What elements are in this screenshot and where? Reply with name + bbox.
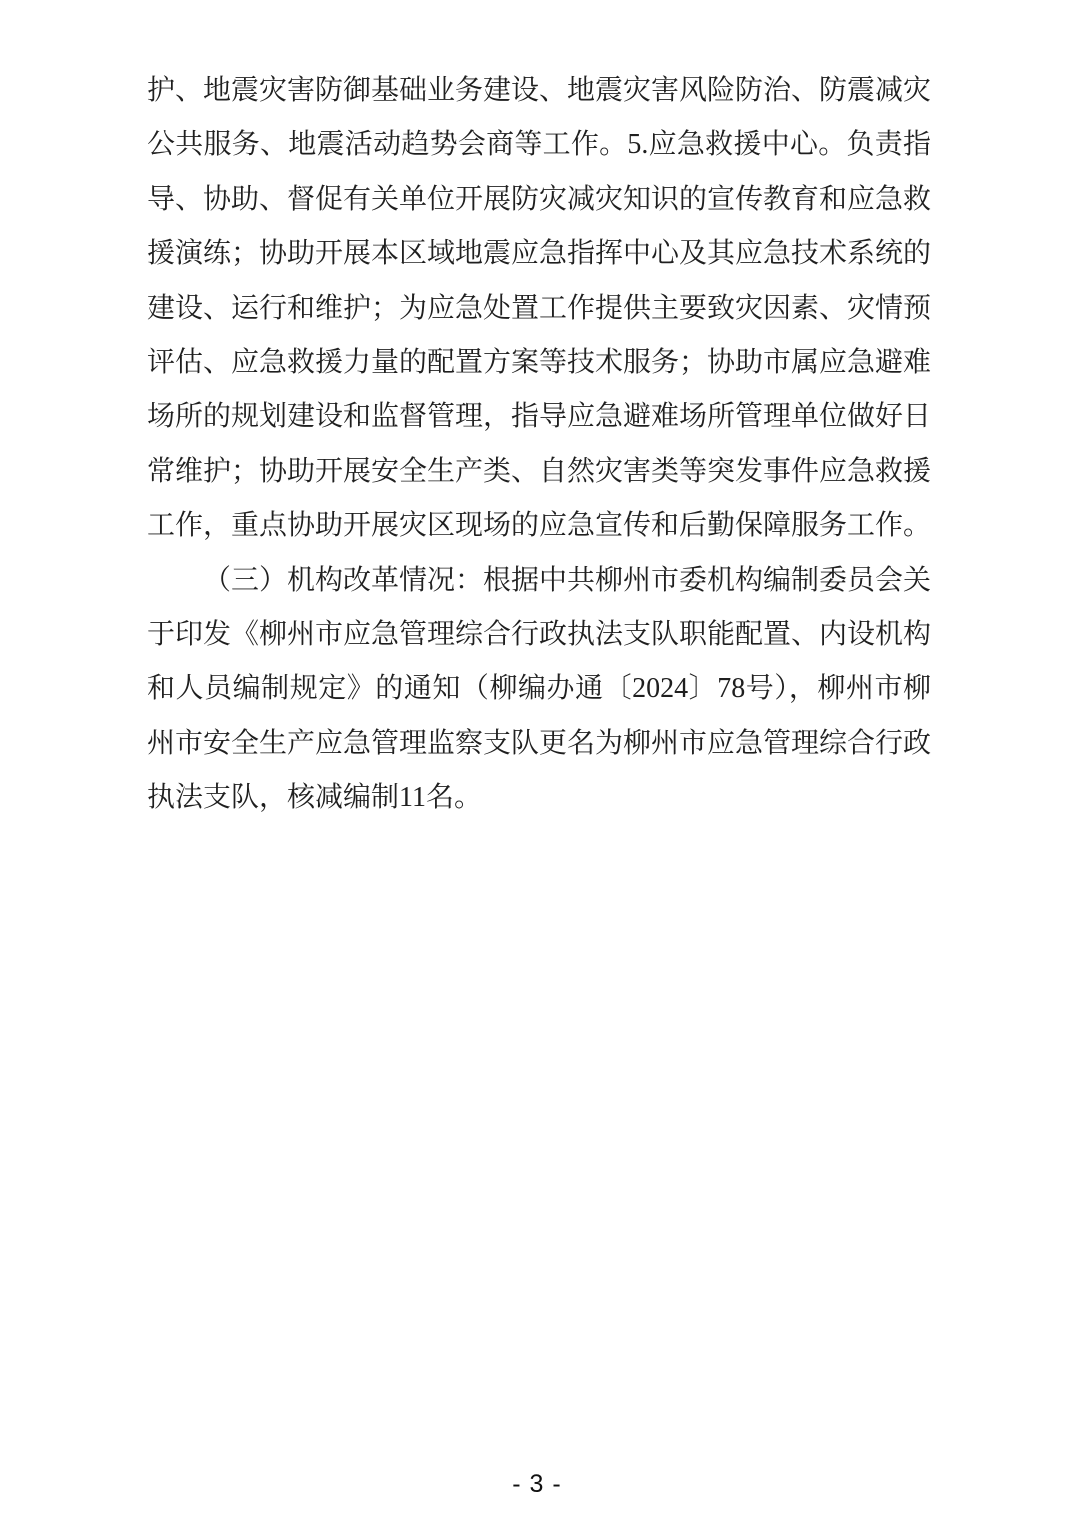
document-page: 护、地震灾害防御基础业务建设、地震灾害风险防治、防震减灾 公共服务、地震活动趋势… bbox=[0, 0, 1074, 1520]
page-number: - 3 - bbox=[512, 1470, 561, 1498]
page-footer: - 3 - bbox=[0, 1470, 1074, 1499]
text-line: 州市安全生产应急管理监察支队更名为柳州市应急管理综合行政 bbox=[147, 717, 931, 771]
text-line: 护、地震灾害防御基础业务建设、地震灾害风险防治、防震减灾 bbox=[147, 64, 931, 118]
text-line: 公共服务、地震活动趋势会商等工作。5.应急救援中心。负责指 bbox=[147, 118, 931, 172]
text-line: 于印发《柳州市应急管理综合行政执法支队职能配置、内设机构 bbox=[147, 608, 931, 662]
document-body: 护、地震灾害防御基础业务建设、地震灾害风险防治、防震减灾 公共服务、地震活动趋势… bbox=[147, 64, 931, 825]
paragraph-institutional-reform: （三）机构改革情况：根据中共柳州市委机构编制委员会关 于印发《柳州市应急管理综合… bbox=[147, 554, 931, 826]
text-line: 常维护；协助开展安全生产类、自然灾害类等突发事件应急救援 bbox=[147, 445, 931, 499]
text-line: 工作，重点协助开展灾区现场的应急宣传和后勤保障服务工作。 bbox=[147, 499, 931, 553]
paragraph-duties-continuation: 护、地震灾害防御基础业务建设、地震灾害风险防治、防震减灾 公共服务、地震活动趋势… bbox=[147, 64, 931, 554]
text-line: 执法支队，核减编制11名。 bbox=[147, 771, 931, 825]
text-line: （三）机构改革情况：根据中共柳州市委机构编制委员会关 bbox=[147, 554, 931, 608]
text-line: 建设、运行和维护；为应急处置工作提供主要致灾因素、灾情预 bbox=[147, 282, 931, 336]
text-line: 和人员编制规定》的通知（柳编办通〔2024〕78号），柳州市柳 bbox=[147, 662, 931, 716]
text-line: 援演练；协助开展本区域地震应急指挥中心及其应急技术系统的 bbox=[147, 227, 931, 281]
text-line: 场所的规划建设和监督管理，指导应急避难场所管理单位做好日 bbox=[147, 390, 931, 444]
text-line: 评估、应急救援力量的配置方案等技术服务；协助市属应急避难 bbox=[147, 336, 931, 390]
text-line: 导、协助、督促有关单位开展防灾减灾知识的宣传教育和应急救 bbox=[147, 173, 931, 227]
